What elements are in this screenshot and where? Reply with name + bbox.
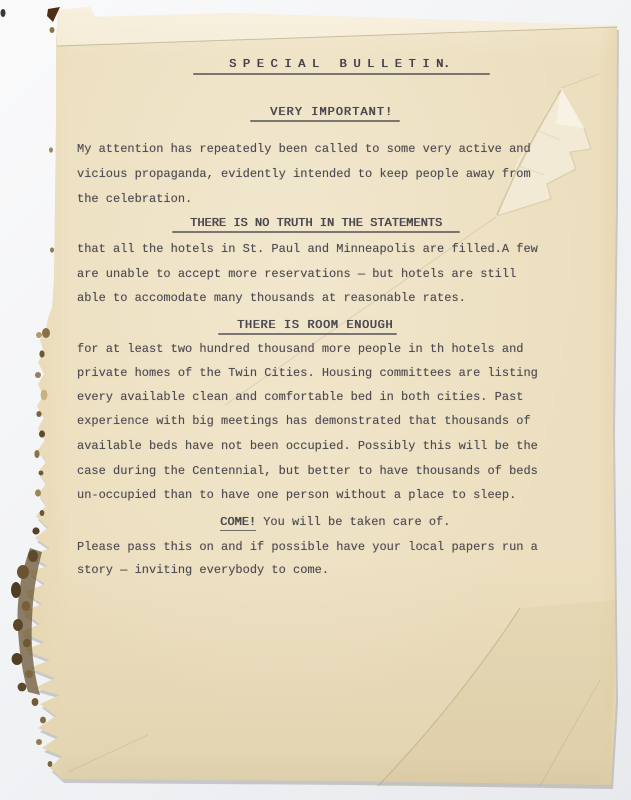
paragraph-line: able to accomodate many thousands at rea… [77,290,466,306]
heading-room-enough-underline [218,333,397,335]
paragraph-line: that all the hotels in St. Paul and Minn… [77,241,538,257]
document-title: S P E C I A L B U L L E T I N. [229,56,450,72]
paragraph-line: story — inviting everybody to come. [77,562,329,578]
scanned-document-page: S P E C I A L B U L L E T I N. VERY IMPO… [0,0,631,800]
paragraph-line: the celebration. [77,191,192,207]
paragraph-line: Please pass this on and if possible have… [77,539,538,555]
paragraph-line: vicious propaganda, evidently intended t… [77,166,531,182]
paragraph-line: private homes of the Twin Cities. Housin… [77,365,538,381]
title-underline [193,73,490,75]
heading-very-important-underline [250,120,400,122]
paragraph-line: every available clean and comfortable be… [77,389,523,405]
paragraph-line: experience with big meetings has demonst… [77,413,531,429]
typewritten-text: S P E C I A L B U L L E T I N. VERY IMPO… [0,0,631,800]
paragraph-line: case during the Centennial, but better t… [77,463,538,479]
paragraph-line: for at least two hundred thousand more p… [77,341,523,357]
heading-no-truth: THERE IS NO TRUTH IN THE STATEMENTS [190,215,442,231]
paragraph-line: un-occupied than to have one person with… [77,487,516,503]
paragraph-line: My attention has repeatedly been called … [77,141,531,157]
come-line: COME! You will be taken care of. [220,514,450,530]
heading-no-truth-underline [172,231,460,233]
come-rest-text: You will be taken care of. [256,515,450,529]
heading-very-important: VERY IMPORTANT! [270,104,393,120]
paragraph-line: available beds have not been occupied. P… [77,438,538,454]
come-underlined-word: COME! [220,515,256,531]
paragraph-line: are unable to accept more reservations —… [77,266,516,282]
heading-room-enough: THERE IS ROOM ENOUGH [237,317,393,333]
